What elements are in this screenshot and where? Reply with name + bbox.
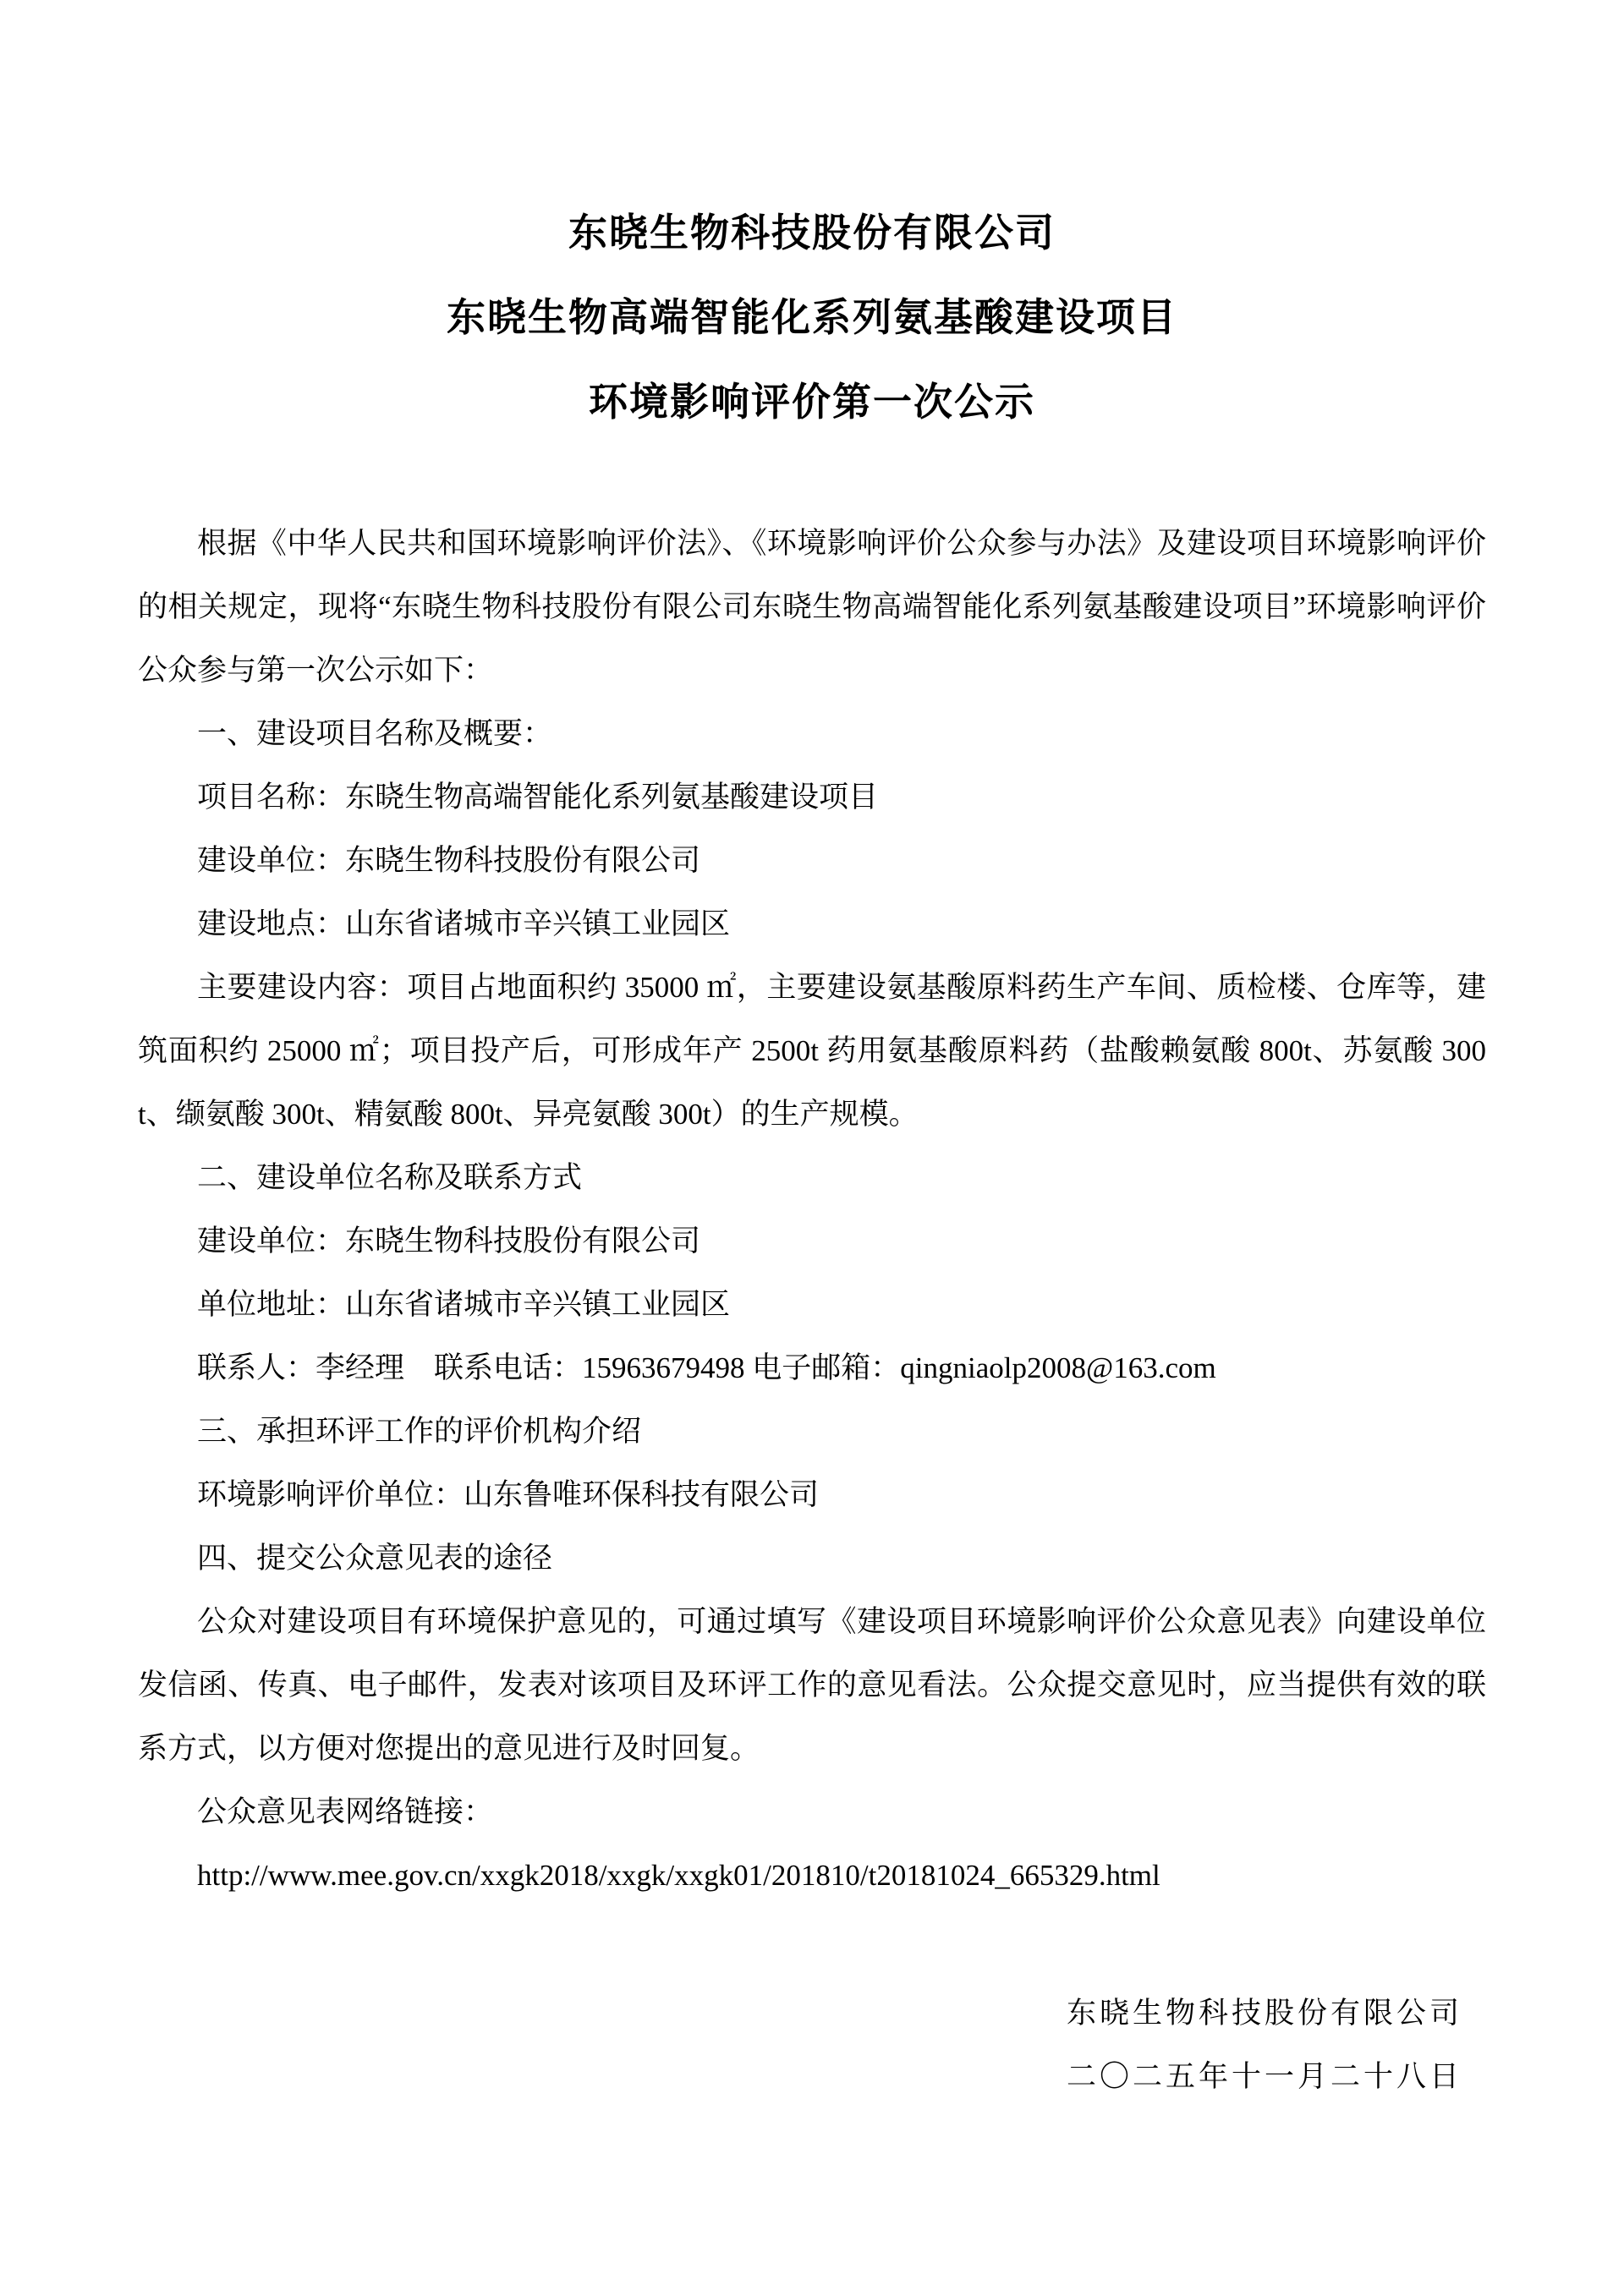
document-page: 东晓生物科技股份有限公司 东晓生物高端智能化系列氨基酸建设项目 环境影响评价第一… [0, 0, 1624, 2296]
signature-company: 东晓生物科技股份有限公司 [138, 1981, 1462, 2045]
title-company-name: 东晓生物科技股份有限公司 [138, 191, 1486, 276]
project-name-line: 项目名称：东晓生物高端智能化系列氨基酸建设项目 [138, 765, 1486, 829]
public-opinion-paragraph: 公众对建设项目有环境保护意见的，可通过填写《建设项目环境影响评价公众意见表》向建… [138, 1590, 1486, 1780]
section-4-heading: 四、提交公众意见表的途径 [138, 1526, 1486, 1590]
section-2-heading: 二、建设单位名称及联系方式 [138, 1146, 1486, 1209]
eia-unit-line: 环境影响评价单位：山东鲁唯环保科技有限公司 [138, 1463, 1486, 1526]
section-1-heading: 一、建设项目名称及概要： [138, 702, 1486, 765]
document-title: 东晓生物科技股份有限公司 东晓生物高端智能化系列氨基酸建设项目 环境影响评价第一… [138, 0, 1486, 445]
title-notice-type: 环境影响评价第一次公示 [138, 360, 1486, 445]
main-content-paragraph: 主要建设内容：项目占地面积约 35000 ㎡，主要建设氨基酸原料药生产车间、质检… [138, 956, 1486, 1146]
unit-name-line: 建设单位：东晓生物科技股份有限公司 [138, 1209, 1486, 1273]
construction-site-line: 建设地点：山东省诸城市辛兴镇工业园区 [138, 892, 1486, 956]
intro-paragraph: 根据《中华人民共和国环境影响评价法》、《环境影响评价公众参与办法》及建设项目环境… [138, 512, 1486, 702]
signature-date: 二〇二五年十一月二十八日 [138, 2045, 1462, 2108]
document-body: 根据《中华人民共和国环境影响评价法》、《环境影响评价公众参与办法》及建设项目环境… [138, 512, 1486, 1907]
title-project-name: 东晓生物高端智能化系列氨基酸建设项目 [138, 276, 1486, 360]
contact-info-line: 联系人：李经理 联系电话：15963679498 电子邮箱：qingniaolp… [138, 1336, 1486, 1400]
unit-address-line: 单位地址：山东省诸城市辛兴镇工业园区 [138, 1273, 1486, 1336]
signature-block: 东晓生物科技股份有限公司 二〇二五年十一月二十八日 [138, 1981, 1486, 2108]
public-comment-form-url[interactable]: http://www.mee.gov.cn/xxgk2018/xxgk/xxgk… [138, 1844, 1486, 1907]
section-3-heading: 三、承担环评工作的评价机构介绍 [138, 1400, 1486, 1463]
construction-unit-line: 建设单位：东晓生物科技股份有限公司 [138, 829, 1486, 892]
link-label-line: 公众意见表网络链接： [138, 1780, 1486, 1844]
